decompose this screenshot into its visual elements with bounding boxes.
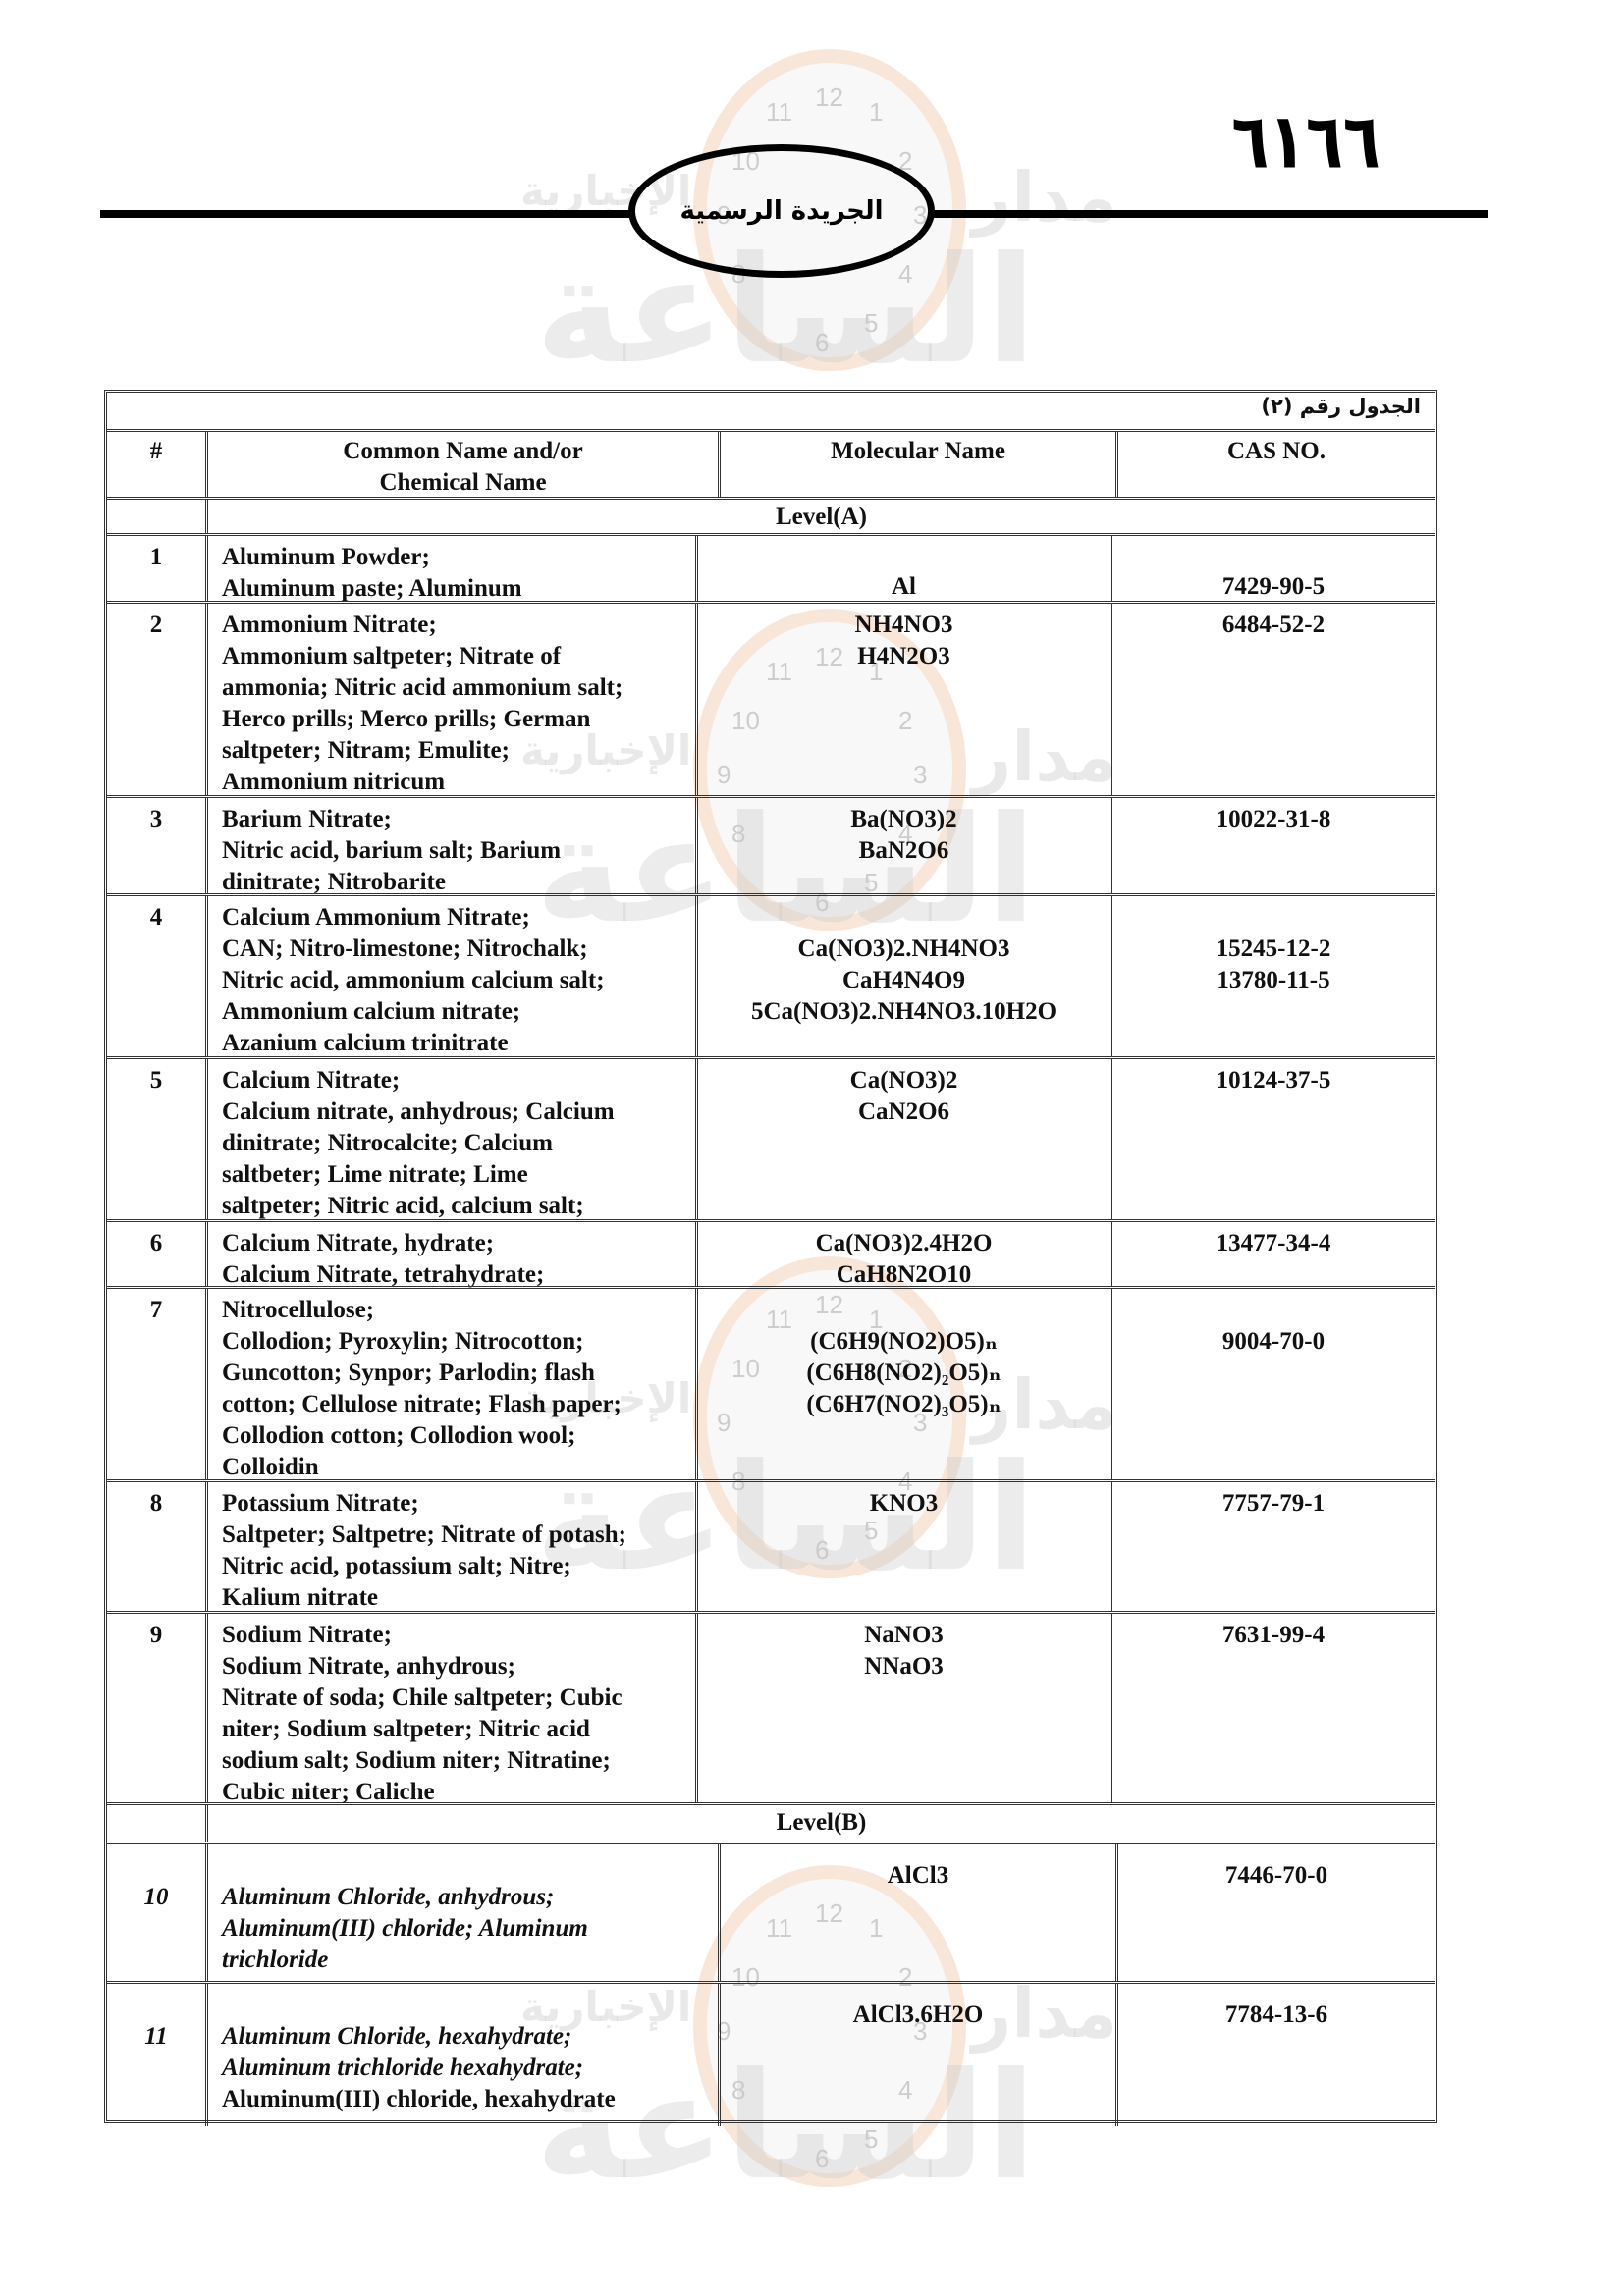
- row-number: 3: [107, 798, 205, 893]
- level-b-row: Level(B): [107, 1802, 1435, 1842]
- table-row: 9Sodium Nitrate;Sodium Nitrate, anhydrou…: [107, 1611, 1435, 1802]
- cas-number: 7757-79-1: [1110, 1482, 1435, 1611]
- row-number: 11: [107, 1984, 205, 2126]
- table-caption-row: الجدول رقم (٢): [107, 393, 1435, 429]
- row-number: 4: [107, 896, 205, 1056]
- level-a-label: Level(A): [205, 500, 1435, 533]
- chemical-name: Calcium Nitrate, hydrate;Calcium Nitrate…: [205, 1222, 695, 1286]
- row-number: 6: [107, 1222, 205, 1286]
- chemical-name: Calcium Nitrate;Calcium nitrate, anhydro…: [205, 1059, 695, 1219]
- chemical-name: Aluminum Powder;Aluminum paste; Aluminum: [205, 536, 695, 601]
- row-number: 5: [107, 1059, 205, 1219]
- header-cas: CAS NO.: [1115, 432, 1435, 497]
- cas-number: 7446-70-0: [1115, 1844, 1435, 1981]
- row-number: 10: [107, 1844, 205, 1981]
- molecular-name: Al: [695, 536, 1110, 601]
- header-molecular-name: Molecular Name: [718, 432, 1115, 497]
- page-number: ٦١٦٦: [1203, 96, 1409, 186]
- table-row: 2Ammonium Nitrate;Ammonium saltpeter; Ni…: [107, 601, 1435, 795]
- table-row: 7Nitrocellulose;Collodion; Pyroxylin; Ni…: [107, 1286, 1435, 1479]
- chemical-name: Sodium Nitrate;Sodium Nitrate, anhydrous…: [205, 1614, 695, 1802]
- table-header-row: # Common Name and/or Chemical Name Molec…: [107, 429, 1435, 497]
- table-row: 5Calcium Nitrate;Calcium nitrate, anhydr…: [107, 1056, 1435, 1219]
- cas-number: 7784-13-6: [1115, 1984, 1435, 2126]
- row-number: 2: [107, 604, 205, 795]
- chemical-name: Ammonium Nitrate;Ammonium saltpeter; Nit…: [205, 604, 695, 795]
- table-caption: الجدول رقم (٢): [1261, 395, 1421, 418]
- level-a-row: Level(A): [107, 497, 1435, 533]
- table-row: 1Aluminum Powder;Aluminum paste; Aluminu…: [107, 533, 1435, 601]
- chemicals-table: الجدول رقم (٢) # Common Name and/or Chem…: [104, 390, 1437, 2123]
- chemical-name: Aluminum Chloride, anhydrous;Aluminum(II…: [205, 1844, 718, 1981]
- gazette-title: الجريدة الرسمية: [680, 196, 884, 226]
- chemical-name: Calcium Ammonium Nitrate;CAN; Nitro-lime…: [205, 896, 695, 1056]
- molecular-name: AlCl3: [718, 1844, 1115, 1981]
- chemical-name: Barium Nitrate;Nitric acid, barium salt;…: [205, 798, 695, 893]
- cas-number: 9004-70-0: [1110, 1289, 1435, 1479]
- table-row: 6Calcium Nitrate, hydrate;Calcium Nitrat…: [107, 1219, 1435, 1286]
- table-row: 8Potassium Nitrate;Saltpeter; Saltpetre;…: [107, 1479, 1435, 1611]
- chemical-name: Aluminum Chloride, hexahydrate;Aluminum …: [205, 1984, 718, 2126]
- chemical-name: Potassium Nitrate;Saltpeter; Saltpetre; …: [205, 1482, 695, 1611]
- header-rule-left: [100, 210, 630, 218]
- molecular-name: Ca(NO3)2CaN2O6: [695, 1059, 1110, 1219]
- header-number: #: [107, 432, 205, 497]
- level-b-label: Level(B): [205, 1805, 1435, 1842]
- gazette-title-oval: الجريدة الرسمية: [628, 144, 935, 278]
- molecular-name: NaNO3NNaO3: [695, 1614, 1110, 1802]
- header-common-name: Common Name and/or Chemical Name: [205, 432, 718, 497]
- table-row: 4Calcium Ammonium Nitrate;CAN; Nitro-lim…: [107, 893, 1435, 1056]
- cas-number: 10124-37-5: [1110, 1059, 1435, 1219]
- molecular-name: (C6H9(NO2)O5)ₙ(C6H8(NO2)₂O5)ₙ(C6H7(NO2)₃…: [695, 1289, 1110, 1479]
- molecular-name: Ca(NO3)2.NH4NO3CaH4N4O95Ca(NO3)2.NH4NO3.…: [695, 896, 1110, 1056]
- cas-number: 6484-52-2: [1110, 604, 1435, 795]
- row-number: 8: [107, 1482, 205, 1611]
- cas-number: 15245-12-213780-11-5: [1110, 896, 1435, 1056]
- cas-number: 13477-34-4: [1110, 1222, 1435, 1286]
- molecular-name: NH4NO3H4N2O3: [695, 604, 1110, 795]
- cas-number: 7429-90-5: [1110, 536, 1435, 601]
- cas-number: 7631-99-4: [1110, 1614, 1435, 1802]
- header-rule-right: [933, 210, 1488, 218]
- molecular-name: AlCl3.6H2O: [718, 1984, 1115, 2126]
- row-number: 7: [107, 1289, 205, 1479]
- table-row: 10Aluminum Chloride, anhydrous;Aluminum(…: [107, 1842, 1435, 1981]
- cas-number: 10022-31-8: [1110, 798, 1435, 893]
- table-row: 3Barium Nitrate;Nitric acid, barium salt…: [107, 795, 1435, 893]
- table-row: 11Aluminum Chloride, hexahydrate;Aluminu…: [107, 1981, 1435, 2126]
- molecular-name: Ca(NO3)2.4H2OCaH8N2O10: [695, 1222, 1110, 1286]
- row-number: 9: [107, 1614, 205, 1802]
- chemical-name: Nitrocellulose;Collodion; Pyroxylin; Nit…: [205, 1289, 695, 1479]
- watermark-brand-top: مدار: [972, 157, 1117, 238]
- molecular-name: KNO3: [695, 1482, 1110, 1611]
- row-number: 1: [107, 536, 205, 601]
- molecular-name: Ba(NO3)2BaN2O6: [695, 798, 1110, 893]
